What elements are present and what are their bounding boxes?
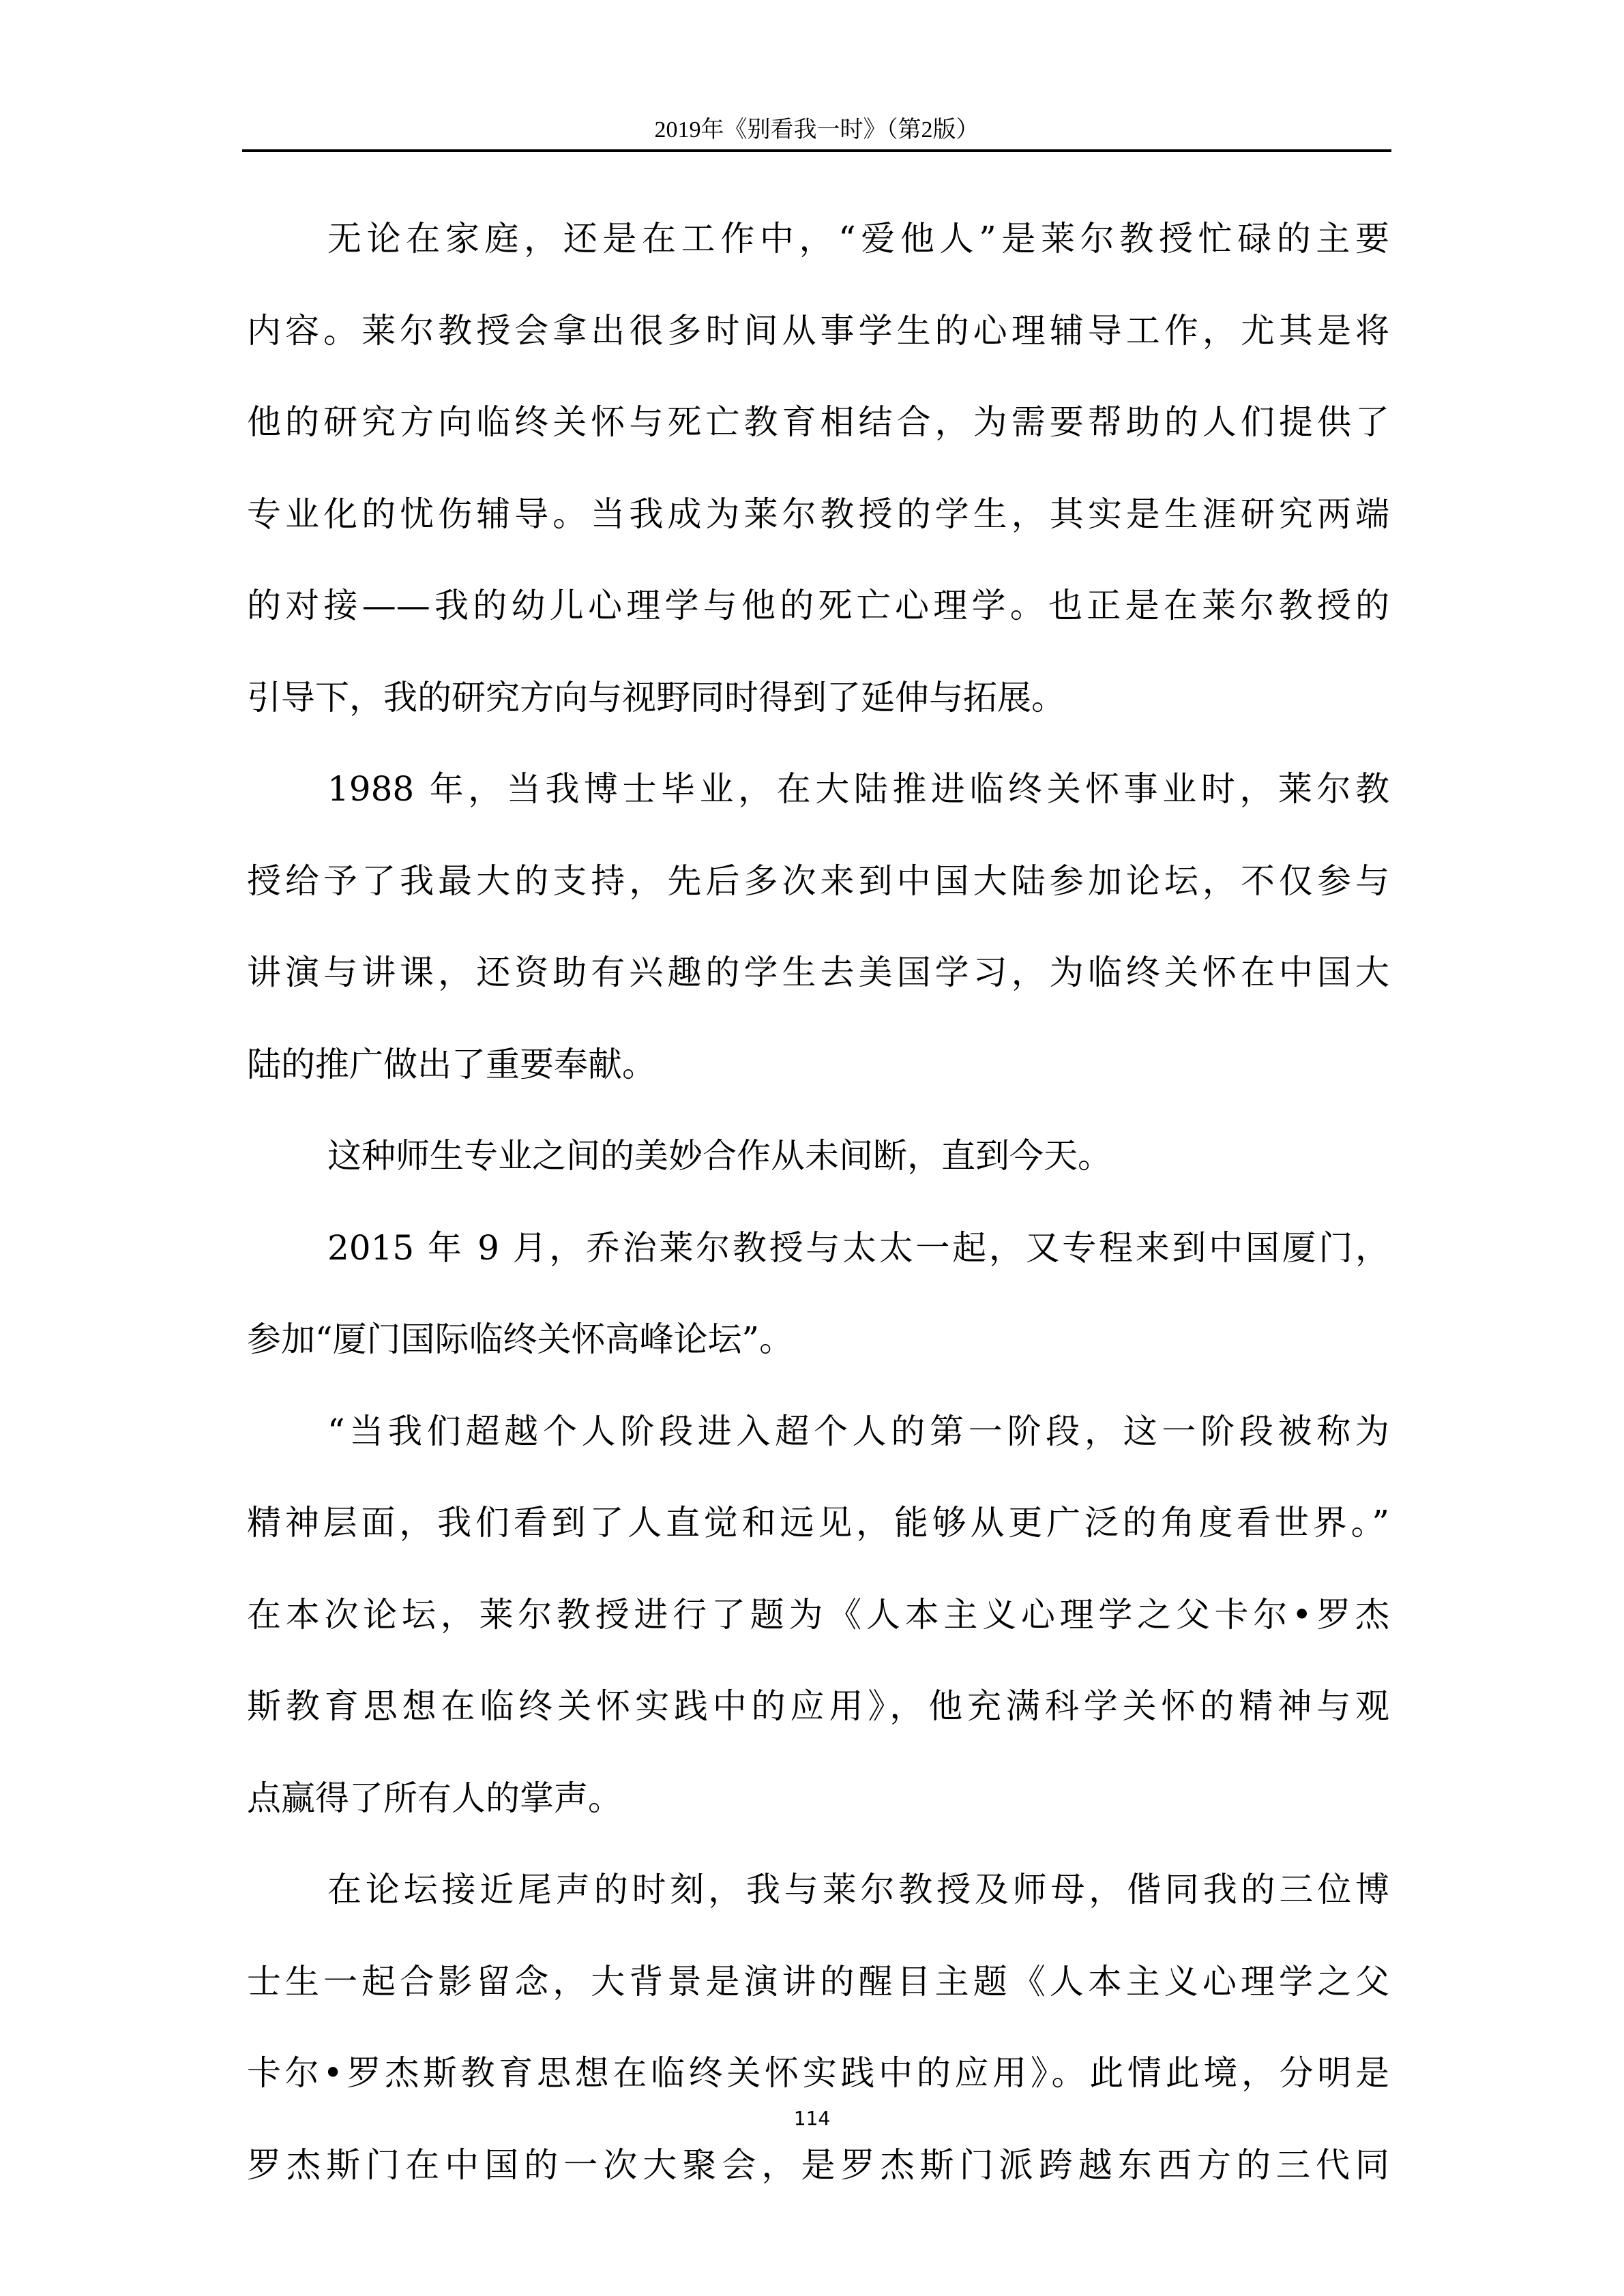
- paragraph-line: 内容。莱尔教授会拿出很多时间从事学生的心理辅导工作，尤其是将: [247, 303, 1389, 396]
- paragraph-line: 精神层面，我们看到了人直觉和远见，能够从更广泛的角度看世界。”: [247, 1495, 1389, 1587]
- paragraph-line: 1988 年，当我博士毕业，在大陆推进临终关怀事业时，莱尔教: [247, 762, 1389, 854]
- paragraph-line: 授给予了我最大的支持，先后多次来到中国大陆参加论坛，不仅参与: [247, 854, 1389, 946]
- running-header: 2019年《别看我一时》（第2版）: [242, 110, 1391, 144]
- body-text: 无论在家庭，还是在工作中，“爱他人”是莱尔教授忙碌的主要 内容。莱尔教授会拿出很…: [247, 211, 1393, 2229]
- paragraph-line: 无论在家庭，还是在工作中，“爱他人”是莱尔教授忙碌的主要: [247, 211, 1389, 303]
- paragraph-line: 罗杰斯门在中国的一次大聚会，是罗杰斯门派跨越东西方的三代同: [247, 2138, 1389, 2230]
- paragraph-line: 2015 年 9 月，乔治莱尔教授与太太一起，又专程来到中国厦门，: [247, 1221, 1389, 1313]
- paragraph-line: 专业化的忧伤辅导。当我成为莱尔教授的学生，其实是生涯研究两端: [247, 487, 1389, 579]
- document-page: 2019年《别看我一时》（第2版） 无论在家庭，还是在工作中，“爱他人”是莱尔教…: [0, 0, 1624, 2296]
- paragraph-line: 斯教育思想在临终关怀实践中的应用》，他充满科学关怀的精神与观: [247, 1679, 1389, 1771]
- paragraph-line: 他的研究方向临终关怀与死亡教育相结合，为需要帮助的人们提供了: [247, 395, 1389, 487]
- page-number: 114: [0, 2107, 1624, 2130]
- paragraph-line: 参加“厦门国际临终关怀高峰论坛”。: [247, 1312, 1389, 1404]
- paragraph-line: 讲演与讲课，还资助有兴趣的学生去美国学习，为临终关怀在中国大: [247, 945, 1389, 1037]
- header-rule: [242, 149, 1391, 152]
- paragraph-line: 陆的推广做出了重要奉献。: [247, 1037, 1389, 1129]
- paragraph-line: 在本次论坛，莱尔教授进行了题为《人本主义心理学之父卡尔•罗杰: [247, 1587, 1389, 1680]
- paragraph-line: 在论坛接近尾声的时刻，我与莱尔教授及师母，偕同我的三位博: [247, 1862, 1389, 1954]
- paragraph-line: “当我们超越个人阶段进入超个人的第一阶段，这一阶段被称为: [247, 1404, 1389, 1496]
- paragraph-line: 点赢得了所有人的掌声。: [247, 1771, 1389, 1863]
- paragraph-line: 的对接——我的幼儿心理学与他的死亡心理学。也正是在莱尔教授的: [247, 578, 1389, 670]
- paragraph-line: 士生一起合影留念，大背景是演讲的醒目主题《人本主义心理学之父: [247, 1954, 1389, 2046]
- paragraph-line: 这种师生专业之间的美妙合作从未间断，直到今天。: [247, 1129, 1389, 1221]
- paragraph-line: 引导下，我的研究方向与视野同时得到了延伸与拓展。: [247, 670, 1389, 762]
